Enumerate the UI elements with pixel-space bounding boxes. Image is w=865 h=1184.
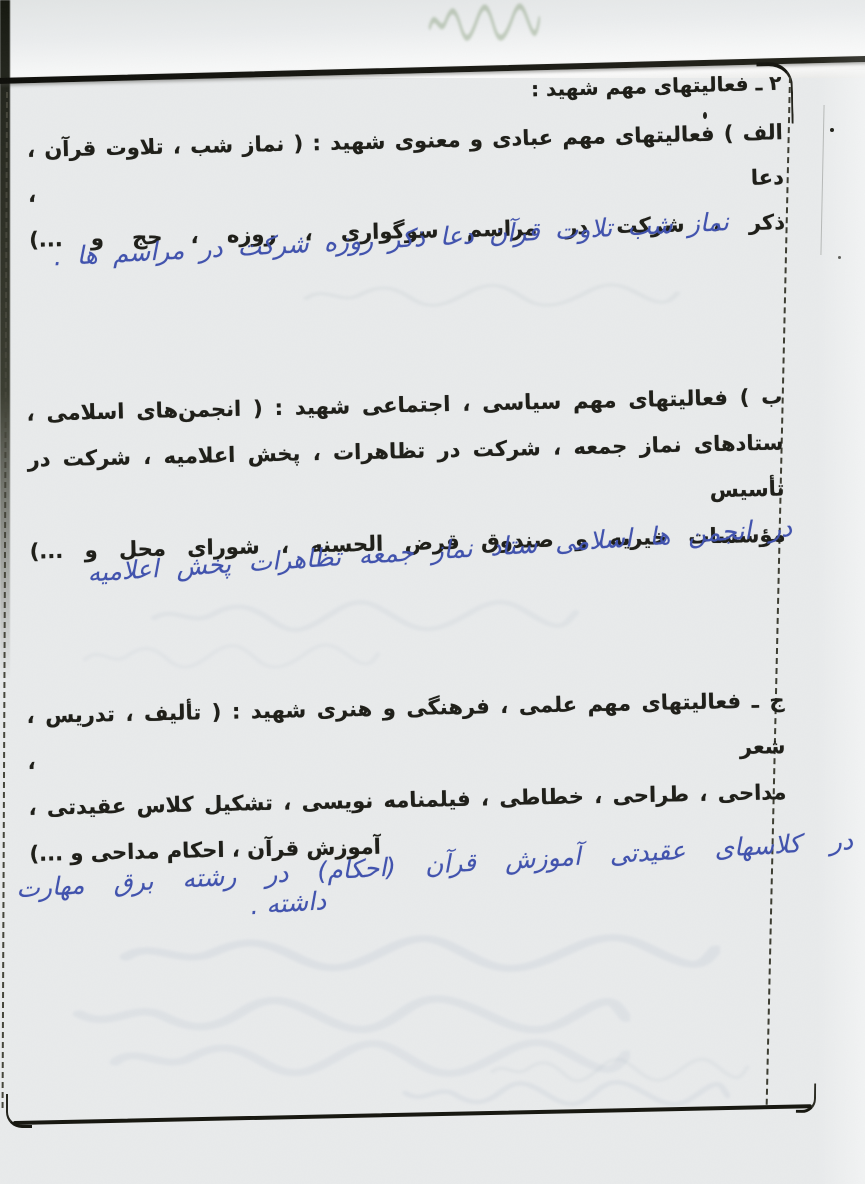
ink-speck <box>830 128 834 132</box>
printed-line: ستادهای نماز جمعه ، شرکت در تظاهرات ، پخ… <box>27 419 785 528</box>
page-title: ۲ ـ فعالیتهای مهم شهید : <box>530 71 781 102</box>
bleedthrough-smudge <box>300 282 680 308</box>
frame-bottom-border <box>13 1104 812 1125</box>
bleedthrough-smudge <box>70 993 630 1035</box>
bleedthrough-smudge <box>400 1078 730 1108</box>
bleedthrough-smudge <box>150 598 580 634</box>
bleedthrough-smudge <box>110 1038 630 1078</box>
scanned-page: { "document": { "type": "scanned-form-pa… <box>0 0 865 1184</box>
printed-line: ج ـ فعالیتهای مهم علمی ، فرهنگی و هنری ش… <box>26 677 786 785</box>
bleedthrough-smudge <box>490 1056 750 1084</box>
bleedthrough-smudge <box>120 933 720 973</box>
printed-line: الف ) فعالیتهای مهم عبادی و معنوی شهید :… <box>27 110 785 218</box>
bleedthrough-smudge <box>80 642 380 670</box>
section-c-handwritten-note: داشته . <box>205 886 327 923</box>
frame-bottom-left-corner <box>6 1094 32 1128</box>
ink-speck <box>838 256 841 259</box>
scan-right-paper-edge <box>817 70 865 1184</box>
frame-bottom-right-corner <box>796 1083 817 1113</box>
